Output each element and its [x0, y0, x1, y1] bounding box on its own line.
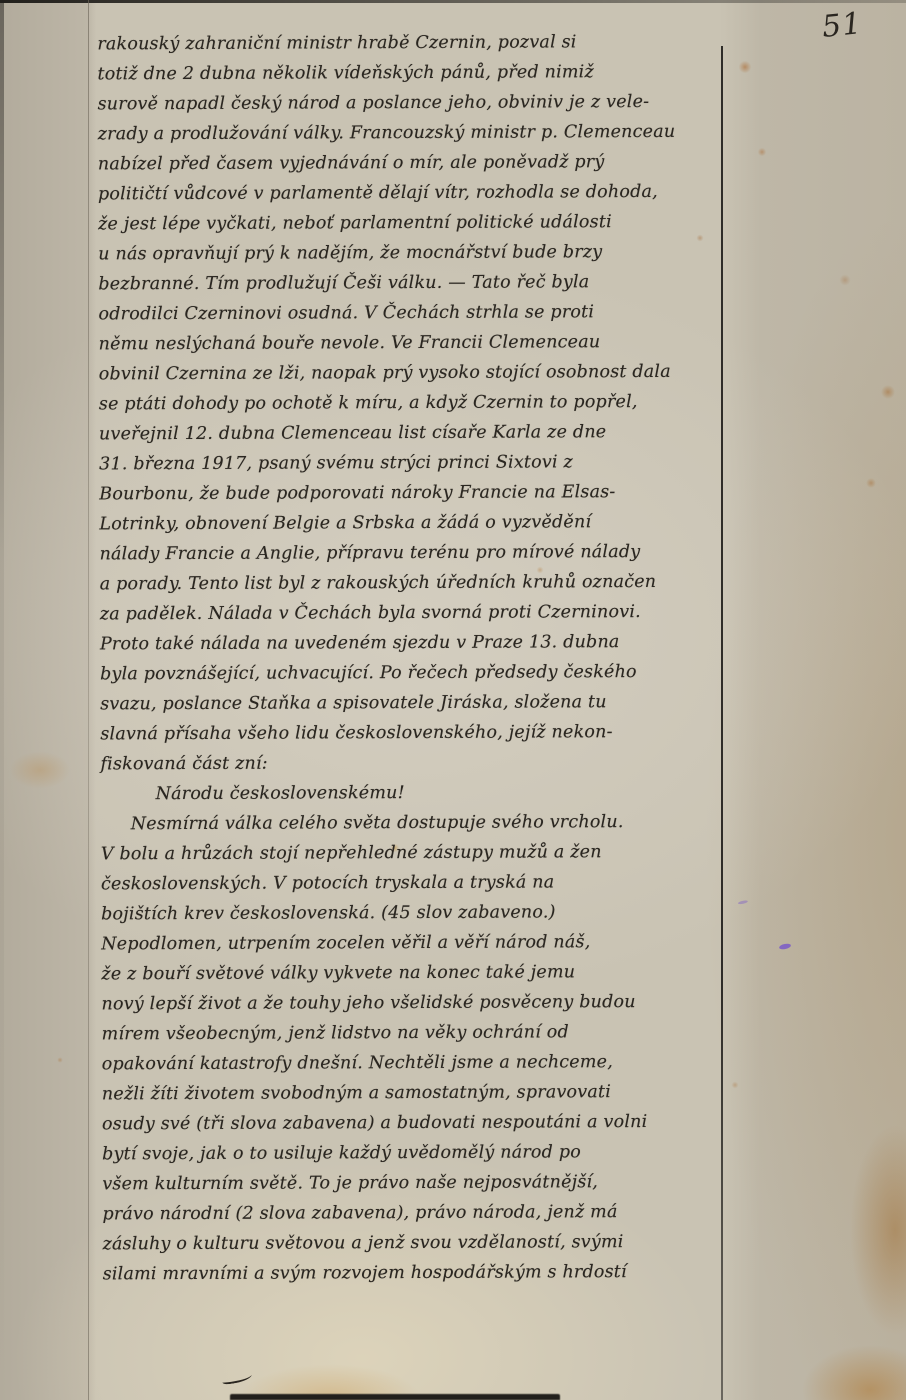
manuscript-line: obvinil Czernina ze lži, naopak prý vyso…	[99, 357, 731, 390]
manuscript-line: a porady. Tento list byl z rakouských úř…	[100, 567, 732, 600]
manuscript-line: zásluhy o kulturu světovou a jenž svou v…	[102, 1227, 734, 1260]
manuscript-line: Nesmírná válka celého světa dostupuje sv…	[101, 807, 733, 840]
manuscript-line: zrady a prodlužování války. Francouzský …	[98, 117, 730, 150]
manuscript-line: u nás opravňují prý k nadějím, že mocnář…	[98, 237, 730, 270]
manuscript-line: byla povznášející, uchvacující. Po řečec…	[100, 657, 732, 690]
scan-edge-top	[0, 0, 906, 3]
manuscript-line: že z bouří světové války vykvete na kone…	[101, 957, 733, 990]
manuscript-line: Bourbonu, že bude podporovati nároky Fra…	[99, 477, 731, 510]
manuscript-line: za padělek. Nálada v Čechách byla svorná…	[100, 597, 732, 630]
manuscript-line: slavná přísaha všeho lidu československé…	[100, 717, 732, 750]
manuscript-line: němu neslýchaná bouře nevole. Ve Francii…	[99, 327, 731, 360]
manuscript-line: bezbranné. Tím prodlužují Češi válku. — …	[98, 267, 730, 300]
manuscript-line: fiskovaná část zní:	[100, 747, 732, 780]
manuscript-line: rakouský zahraniční ministr hrabě Czerni…	[97, 27, 729, 60]
manuscript-line: nový lepší život a že touhy jeho všelids…	[101, 987, 733, 1020]
scan-edge-left	[0, 0, 4, 1400]
manuscript-line: bojištích krev československá. (45 slov …	[101, 897, 733, 930]
left-fold-line	[88, 0, 89, 1400]
manuscript-page: 51 rakouský zahraniční ministr hrabě Cze…	[0, 0, 906, 1400]
manuscript-line: nabízel před časem vyjednávání o mír, al…	[98, 147, 730, 180]
manuscript-line: nežli žíti životem svobodným a samostatn…	[102, 1077, 734, 1110]
manuscript-line: nálady Francie a Anglie, přípravu terénu…	[99, 537, 731, 570]
manuscript-line: osudy své (tři slova zabavena) a budovat…	[102, 1107, 734, 1140]
ink-flick-mark	[222, 1372, 253, 1385]
manuscript-line: totiž dne 2 dubna několik vídeňských pán…	[97, 57, 729, 90]
purple-ink-mark	[779, 943, 792, 950]
manuscript-line: silami mravními a svým rozvojem hospodář…	[103, 1257, 735, 1290]
manuscript-line: se ptáti dohody po ochotě k míru, a když…	[99, 387, 731, 420]
manuscript-line: 31. března 1917, psaný svému strýci prin…	[99, 447, 731, 480]
manuscript-line: Proto také nálada na uvedeném sjezdu v P…	[100, 627, 732, 660]
manuscript-line: bytí svoje, jak o to usiluje každý uvědo…	[102, 1137, 734, 1170]
manuscript-line: československých. V potocích tryskala a …	[101, 867, 733, 900]
manuscript-line: Národu československému!	[101, 777, 733, 810]
manuscript-line: právo národní (2 slova zabavena), právo …	[102, 1197, 734, 1230]
manuscript-line: političtí vůdcové v parlamentě dělají ví…	[98, 177, 730, 210]
manuscript-line: Nepodlomen, utrpením zocelen věřil a věř…	[101, 927, 733, 960]
manuscript-line: svazu, poslance Staňka a spisovatele Jir…	[100, 687, 732, 720]
manuscript-line: všem kulturním světě. To je právo naše n…	[102, 1167, 734, 1200]
manuscript-line: surově napadl český národ a poslance jeh…	[98, 87, 730, 120]
manuscript-line: opakování katastrofy dnešní. Nechtěli js…	[102, 1047, 734, 1080]
manuscript-line: Lotrinky, obnovení Belgie a Srbska a žád…	[99, 507, 731, 540]
scan-edge-bottom-bar	[230, 1394, 560, 1400]
manuscript-line: odrodilci Czerninovi osudná. V Čechách s…	[98, 297, 730, 330]
page-number: 51	[820, 6, 864, 45]
handwritten-text-block: rakouský zahraniční ministr hrabě Czerni…	[97, 27, 734, 1290]
manuscript-line: mírem všeobecným, jenž lidstvo na věky o…	[102, 1017, 734, 1050]
manuscript-line: V bolu a hrůzách stojí nepřehledné zástu…	[101, 837, 733, 870]
manuscript-line: že jest lépe vyčkati, neboť parlamentní …	[98, 207, 730, 240]
manuscript-line: uveřejnil 12. dubna Clemenceau list císa…	[99, 417, 731, 450]
